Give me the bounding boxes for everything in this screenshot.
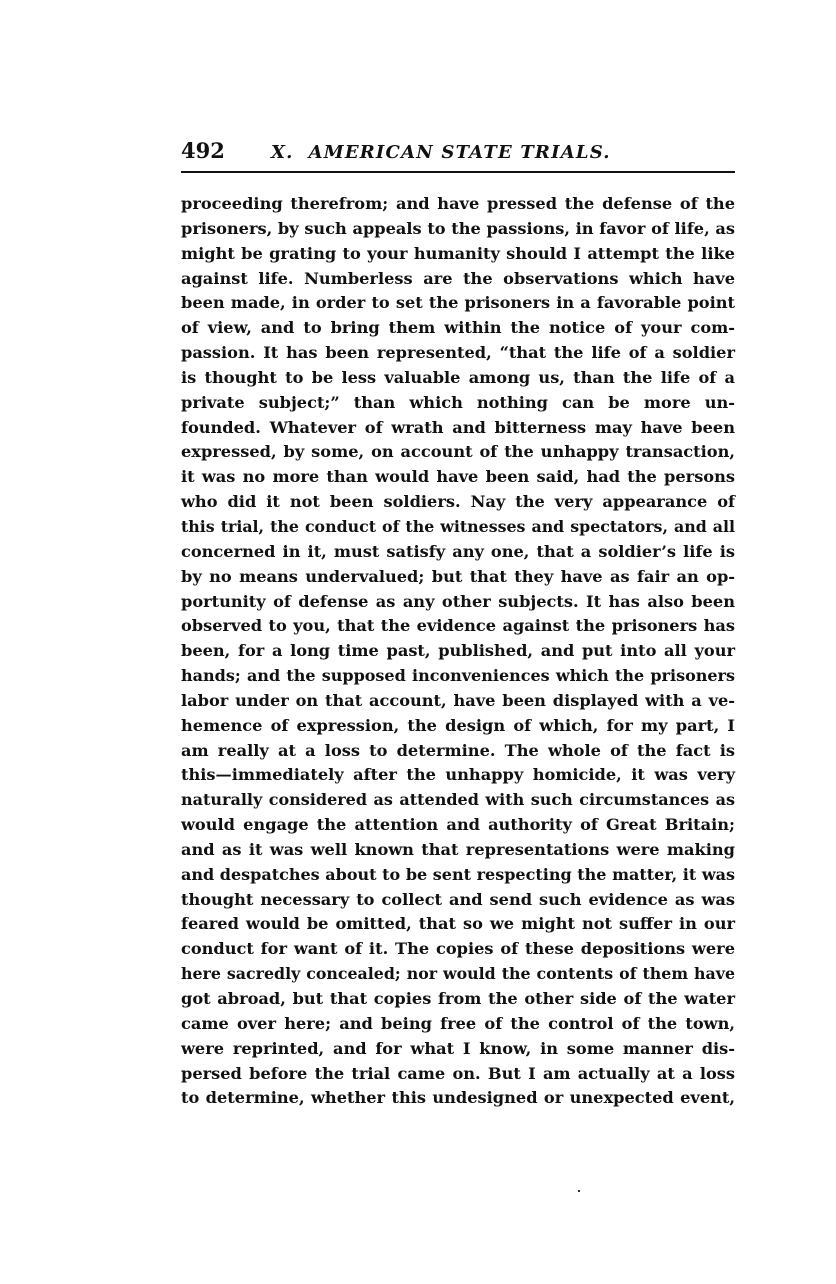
text-line: persed before the trial came on. But I a… — [181, 1062, 735, 1087]
text-line: been, for a long time past, published, a… — [181, 639, 735, 664]
running-title: X. AMERICAN STATE TRIALS. — [271, 142, 611, 163]
text-line: am really at a loss to determine. The wh… — [181, 739, 735, 764]
text-line: private subject;” than which nothing can… — [181, 391, 735, 416]
text-line: labor under on that account, have been d… — [181, 689, 735, 714]
text-line: who did it not been soldiers. Nay the ve… — [181, 490, 735, 515]
text-line: portunity of defense as any other subjec… — [181, 590, 735, 615]
text-line: by no means undervalued; but that they h… — [181, 565, 735, 590]
text-line: might be grating to your humanity should… — [181, 242, 735, 267]
running-head: 492 X. AMERICAN STATE TRIALS. — [181, 138, 735, 166]
text-line: conduct for want of it. The copies of th… — [181, 937, 735, 962]
text-line: this—immediately after the unhappy homic… — [181, 763, 735, 788]
text-line: would engage the attention and authority… — [181, 813, 735, 838]
text-line: it was no more than would have been said… — [181, 465, 735, 490]
text-line: of view, and to bring them within the no… — [181, 316, 735, 341]
scan-speck — [578, 1190, 580, 1192]
text-line: and as it was well known that representa… — [181, 838, 735, 863]
text-line: proceeding therefrom; and have pressed t… — [181, 192, 735, 217]
book-page: 492 X. AMERICAN STATE TRIALS. proceeding… — [181, 138, 735, 1111]
text-line: concerned in it, must satisfy any one, t… — [181, 540, 735, 565]
text-line: been made, in order to set the prisoners… — [181, 291, 735, 316]
text-line: here sacredly concealed; nor would the c… — [181, 962, 735, 987]
text-line: against life. Numberless are the observa… — [181, 267, 735, 292]
body-text: proceeding therefrom; and have pressed t… — [181, 192, 735, 1111]
text-line: got abroad, but that copies from the oth… — [181, 987, 735, 1012]
page-number: 492 — [181, 138, 271, 163]
text-line: were reprinted, and for what I know, in … — [181, 1037, 735, 1062]
text-line: feared would be omitted, that so we migh… — [181, 912, 735, 937]
text-line: hands; and the supposed inconveniences w… — [181, 664, 735, 689]
text-line: founded. Whatever of wrath and bitternes… — [181, 416, 735, 441]
text-line: and despatches about to be sent respecti… — [181, 863, 735, 888]
text-line: is thought to be less valuable among us,… — [181, 366, 735, 391]
text-line: passion. It has been represented, “that … — [181, 341, 735, 366]
text-line: expressed, by some, on account of the un… — [181, 440, 735, 465]
text-line: this trial, the conduct of the witnesses… — [181, 515, 735, 540]
text-line: thought necessary to collect and send su… — [181, 888, 735, 913]
text-line: to determine, whether this undesigned or… — [181, 1086, 735, 1111]
text-line: hemence of expression, the design of whi… — [181, 714, 735, 739]
header-rule — [181, 171, 735, 173]
text-line: naturally considered as attended with su… — [181, 788, 735, 813]
text-line: came over here; and being free of the co… — [181, 1012, 735, 1037]
text-line: observed to you, that the evidence again… — [181, 614, 735, 639]
text-line: prisoners, by such appeals to the passio… — [181, 217, 735, 242]
